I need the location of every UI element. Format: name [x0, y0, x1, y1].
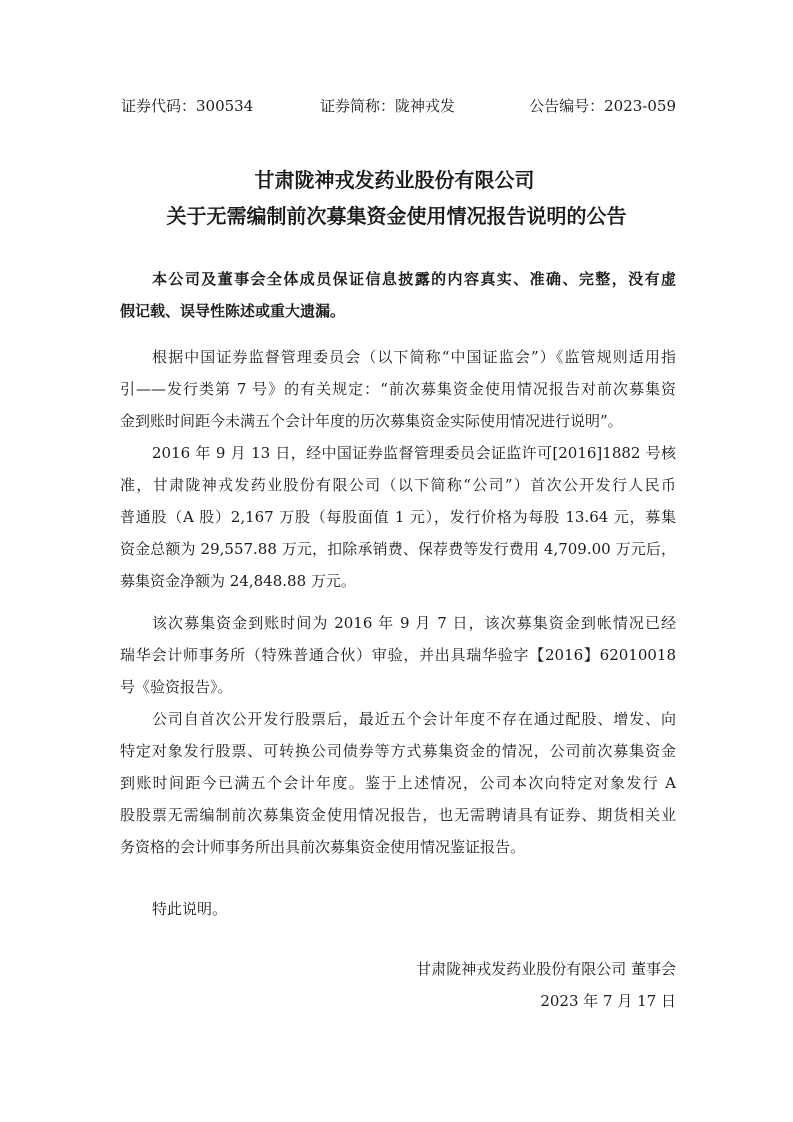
- closing-text: 特此说明。: [152, 898, 676, 920]
- paragraph-line: 瑞华会计师事务所（特殊普通合伙）审验，并出具瑞华验字【2016】62010018: [120, 644, 676, 666]
- paragraph-line: 资金总额为 29,557.88 万元，扣除承销费、保荐费等发行费用 4,709.…: [120, 538, 676, 560]
- statement-line: 本公司及董事会全体成员保证信息披露的内容真实、准确、完整，没有虚: [152, 268, 676, 290]
- document-header: 证券代码：300534 证券简称：陇神戎发 公告编号：2023-059: [121, 95, 676, 117]
- statement-line: 假记载、误导性陈述或重大遗漏。: [120, 300, 676, 322]
- paragraph-line: 特定对象发行股票、可转换公司债券等方式募集资金的情况，公司前次募集资金: [120, 740, 676, 762]
- paragraph-line: 引——发行类第 7 号》的有关规定：“前次募集资金使用情况报告对前次募集资: [120, 378, 676, 400]
- paragraph-line: 公司自首次公开发行股票后，最近五个会计年度不存在通过配股、增发、向: [152, 708, 676, 730]
- announcement-number: 公告编号：2023-059: [529, 95, 676, 117]
- paragraph-line: 募集资金净额为 24,848.88 万元。: [120, 570, 676, 592]
- paragraph-line: 股股票无需编制前次募集资金使用情况报告，也无需聘请具有证券、期货相关业: [120, 804, 676, 826]
- company-title: 甘肃陇神戎发药业股份有限公司: [0, 168, 791, 192]
- paragraph-line: 金到账时间距今未满五个会计年度的历次募集资金实际使用情况进行说明”。: [120, 410, 676, 432]
- paragraph-line: 普通股（A 股）2,167 万股（每股面值 1 元），发行价格为每股 13.64…: [120, 506, 676, 528]
- stock-code: 证券代码：300534: [121, 95, 253, 117]
- paragraph-line: 2016 年 9 月 13 日，经中国证券监督管理委员会证监许可[2016]18…: [152, 442, 676, 464]
- paragraph-line: 根据中国证券监督管理委员会（以下简称“中国证监会”）《监管规则适用指: [152, 346, 676, 368]
- stock-abbreviation: 证券简称：陇神戎发: [320, 95, 455, 117]
- signature-date: 2023 年 7 月 17 日: [540, 990, 676, 1012]
- paragraph-line: 务资格的会计师事务所出具前次募集资金使用情况鉴证报告。: [120, 836, 676, 858]
- announcement-title: 关于无需编制前次募集资金使用情况报告说明的公告: [0, 204, 793, 228]
- paragraph-line: 准，甘肃陇神戎发药业股份有限公司（以下简称“公司”）首次公开发行人民币: [120, 474, 676, 496]
- paragraph-line: 号《验资报告》。: [120, 676, 676, 698]
- paragraph-line: 该次募集资金到账时间为 2016 年 9 月 7 日，该次募集资金到帐情况已经: [152, 612, 676, 634]
- signature-company: 甘肃陇神戎发药业股份有限公司 董事会: [416, 958, 676, 980]
- paragraph-line: 到账时间距今已满五个会计年度。鉴于上述情况，公司本次向特定对象发行 A: [120, 772, 676, 794]
